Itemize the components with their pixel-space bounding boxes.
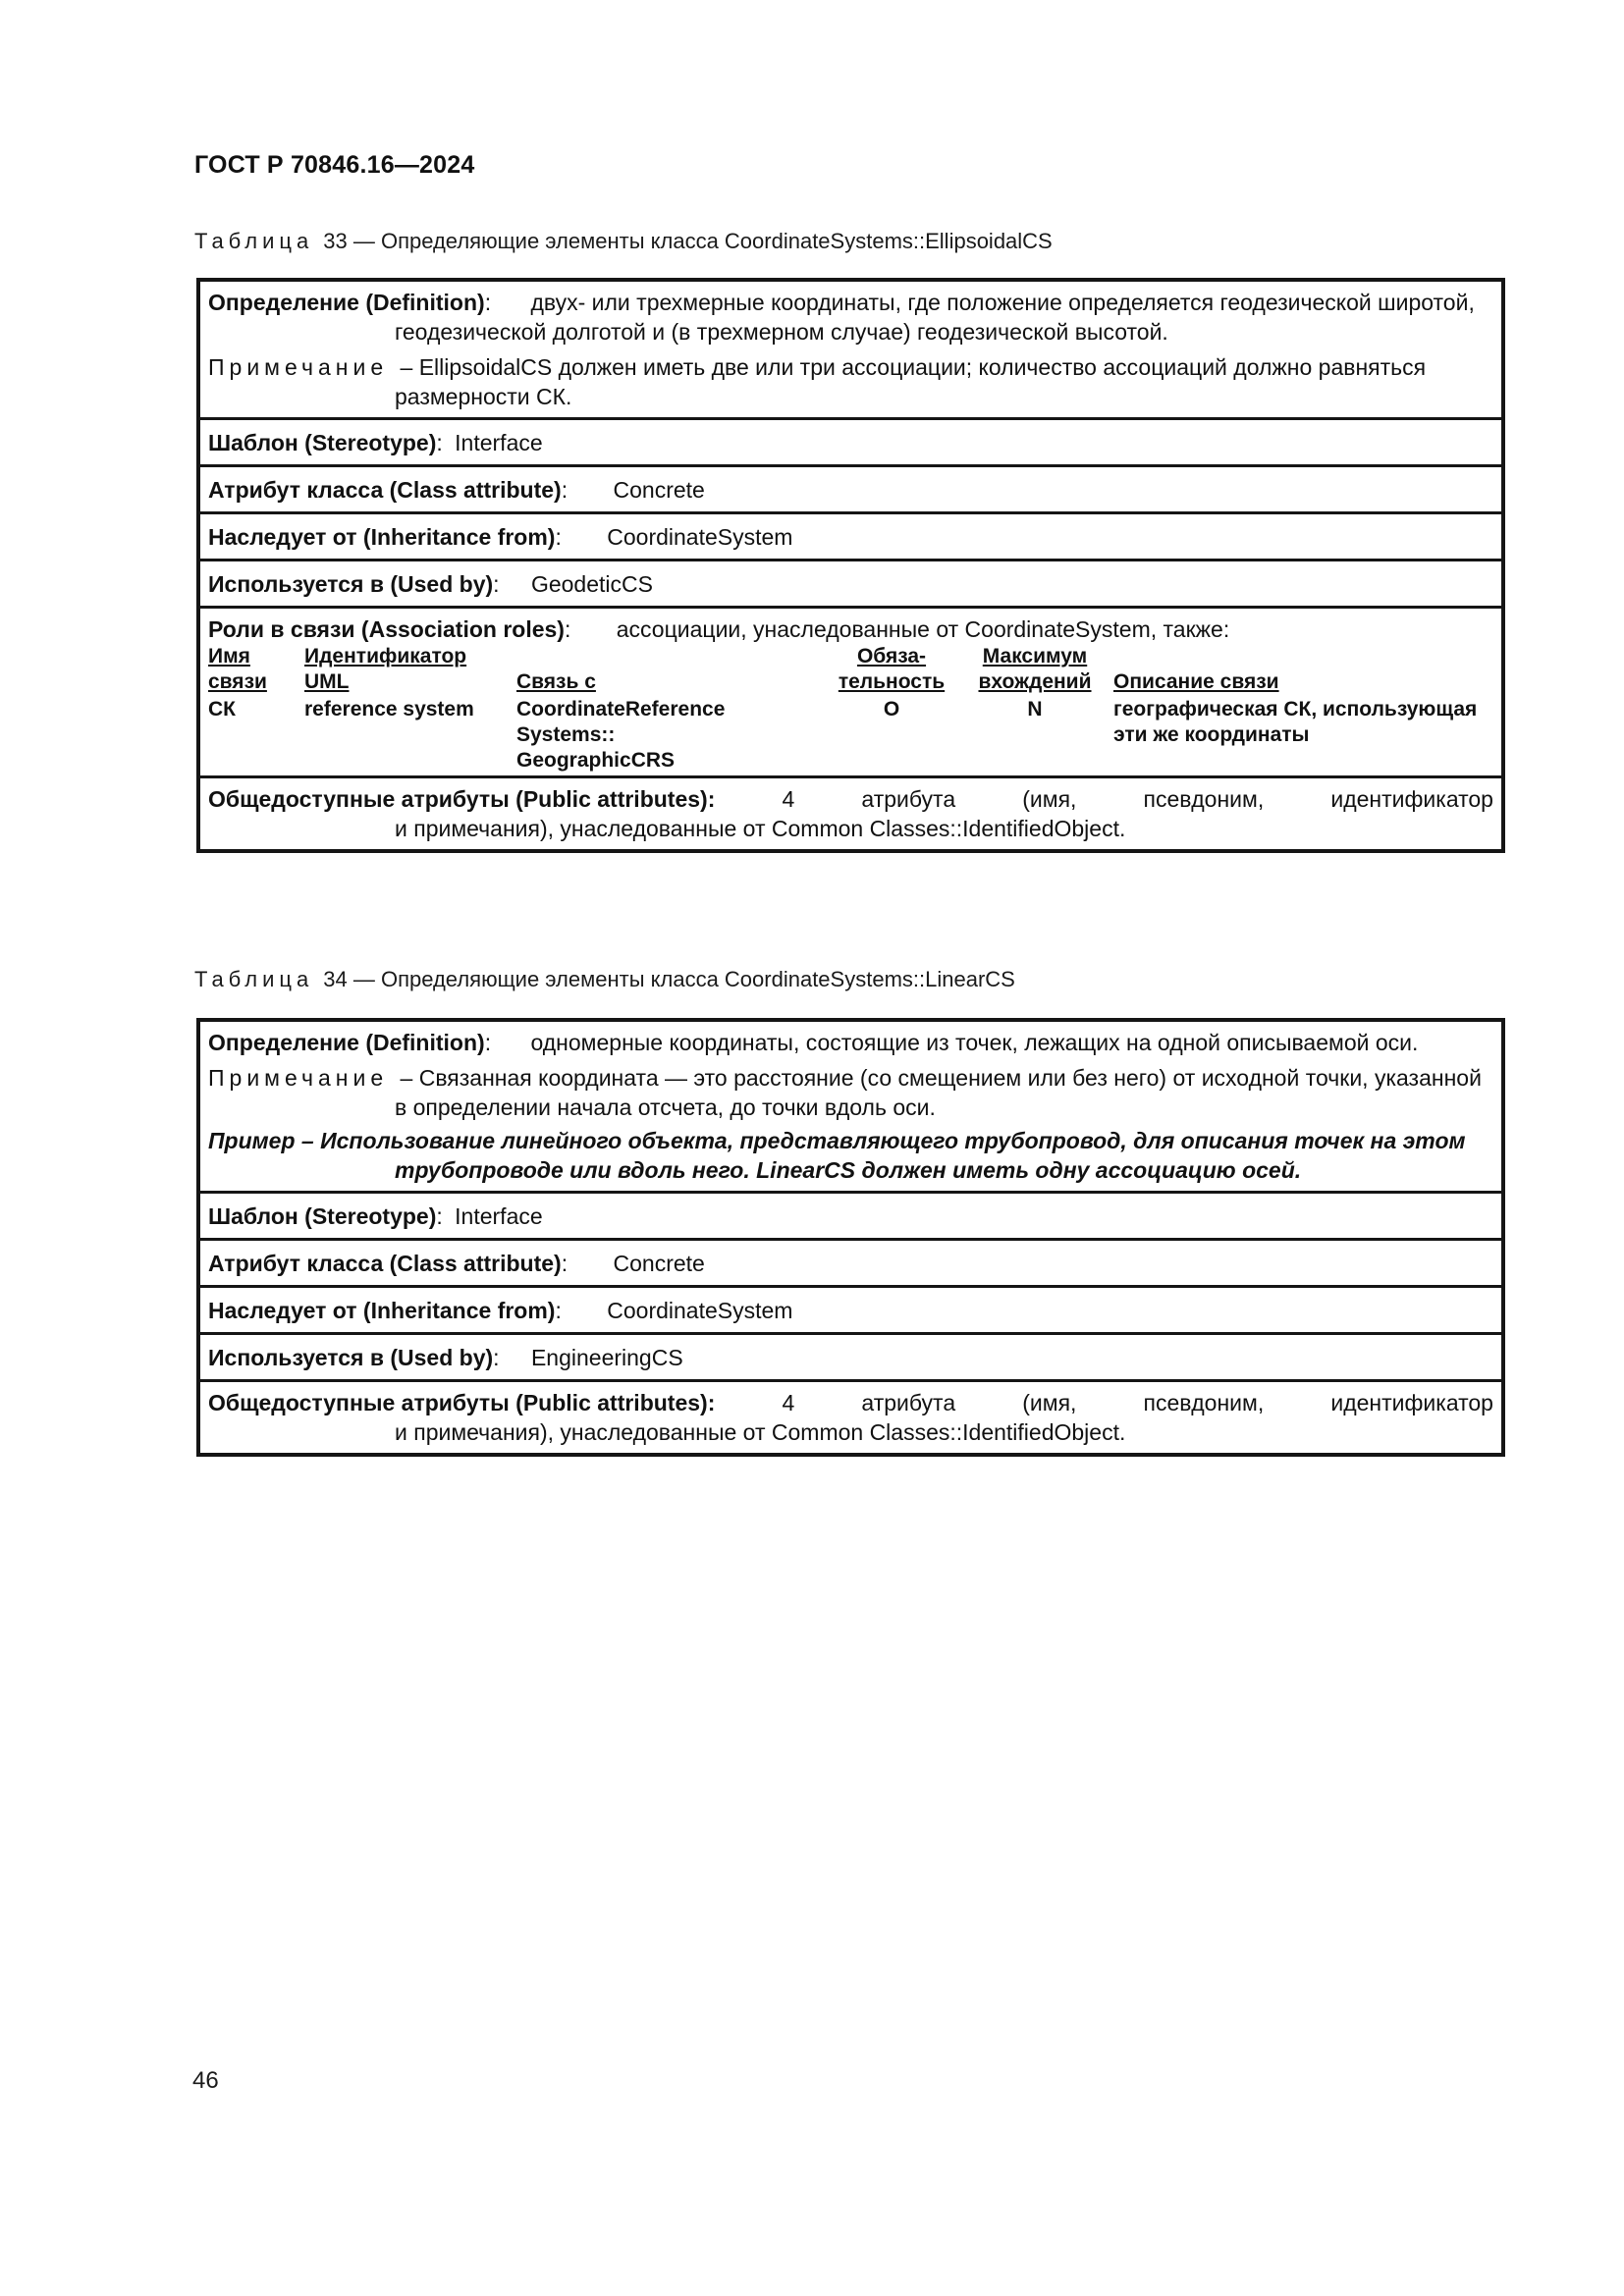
colon: : (493, 571, 499, 597)
cell-max-occurs: N (962, 695, 1113, 774)
inheritance-row: Наследует от (Inheritance from): Coordin… (200, 511, 1501, 559)
note-block: Примечание – EllipsoidalCS должен иметь … (208, 352, 1493, 411)
col-line1: Обяза- (857, 645, 926, 667)
table-33-ellipsoidalcs: Определение (Definition): двух- или трех… (196, 278, 1505, 853)
colon: : (555, 1298, 561, 1323)
cell-description: географическая СК, использующая эти же к… (1113, 695, 1493, 774)
definition-label: Определение (Definition) (208, 290, 485, 315)
association-roles-label: Роли в связи (Association roles) (208, 616, 565, 642)
colon: : (436, 430, 442, 455)
used-by-row: Используется в (Used by): EngineeringCS (200, 1332, 1501, 1379)
col-line2: Связь с (516, 670, 596, 693)
class-attribute-label: Атрибут класса (Class attribute) (208, 1251, 562, 1276)
association-roles-header: Роли в связи (Association roles): ассоци… (208, 614, 1493, 644)
used-by-label: Используется в (Used by) (208, 571, 493, 597)
public-attributes-line1: Общедоступные атрибуты (Public attribute… (208, 1388, 1493, 1417)
public-attributes-label: Общедоступные атрибуты (Public attribute… (208, 1390, 708, 1415)
colon: : (562, 1251, 568, 1276)
link-line: GeographicCRS (516, 749, 675, 772)
word: псевдоним, (1144, 1388, 1265, 1417)
stereotype-label: Шаблон (Stereotype) (208, 430, 436, 455)
col-line1: Имя (208, 645, 250, 667)
note-block: Примечание – Связанная координата — это … (208, 1063, 1493, 1122)
note-value: Связанная координата — это расстояние (с… (395, 1065, 1482, 1120)
inheritance-label: Наследует от (Inheritance from) (208, 1298, 555, 1323)
caption-text: 34 — Определяющие элементы класса Coordi… (323, 967, 1015, 991)
public-attributes-heading: Общедоступные атрибуты (Public attribute… (208, 1388, 715, 1417)
note-label: Примечание (208, 1065, 388, 1091)
public-attributes-line1: Общедоступные атрибуты (Public attribute… (208, 784, 1493, 814)
word: атрибута (861, 784, 955, 814)
cell-obligation: O (827, 695, 962, 774)
public-attributes-line2: и примечания), унаследованные от Common … (208, 814, 1493, 843)
inheritance-value: CoordinateSystem (607, 1298, 792, 1323)
col-line1: Максимум (983, 645, 1087, 667)
definition-value: одномерные координаты, состоящие из точе… (530, 1030, 1418, 1055)
colon: : (436, 1203, 442, 1229)
word: (имя, (1022, 784, 1076, 814)
association-row: СК reference system CoordinateReferenceS… (208, 695, 1493, 774)
cell-uml-id: reference system (304, 695, 516, 774)
association-roles-value: ассоциации, унаследованные от Coordinate… (617, 616, 1229, 642)
caption-prefix: Таблица (194, 967, 313, 991)
public-attributes-line2: и примечания), унаследованные от Common … (208, 1417, 1493, 1447)
table-33-caption: Таблица33 — Определяющие элементы класса… (194, 229, 1053, 254)
used-by-row: Используется в (Used by): GeodeticCS (200, 559, 1501, 606)
association-roles-row: Роли в связи (Association roles): ассоци… (200, 606, 1501, 775)
word: 4 (783, 784, 795, 814)
definition-value: двух- или трехмерные координаты, где пол… (395, 290, 1475, 345)
class-attribute-row: Атрибут класса (Class attribute): Concre… (200, 464, 1501, 511)
col-line2: связи (208, 670, 267, 693)
note-value: EllipsoidalCS должен иметь две или три а… (395, 354, 1426, 409)
colon: : (485, 1030, 491, 1055)
used-by-label: Используется в (Used by) (208, 1345, 493, 1370)
colon: : (493, 1345, 499, 1370)
used-by-value: GeodeticCS (531, 571, 653, 597)
colon: : (708, 786, 716, 812)
note-dash: – (401, 1065, 413, 1091)
col-uml-id: ИдентификаторUML (304, 644, 516, 695)
word: идентификатор (1330, 784, 1493, 814)
class-attribute-row: Атрибут класса (Class attribute): Concre… (200, 1238, 1501, 1285)
document-standard-id: ГОСТ Р 70846.16—2024 (194, 151, 474, 180)
note-dash: – (401, 354, 413, 380)
association-roles-table: Имясвязи ИдентификаторUML Связь с Обяза-… (208, 644, 1493, 774)
colon: : (485, 290, 491, 315)
example-block: Пример – Использование линейного объекта… (208, 1126, 1493, 1185)
public-attributes-row: Общедоступные атрибуты (Public attribute… (200, 1379, 1501, 1453)
col-obligation: Обяза-тельность (827, 644, 962, 695)
word: атрибута (861, 1388, 955, 1417)
caption-prefix: Таблица (194, 229, 313, 253)
public-attributes-label: Общедоступные атрибуты (Public attribute… (208, 786, 708, 812)
note-label: Примечание (208, 354, 388, 380)
definition-block: Определение (Definition): одномерные коо… (208, 1028, 1493, 1057)
caption-text: 33 — Определяющие элементы класса Coordi… (323, 229, 1052, 253)
inheritance-label: Наследует от (Inheritance from) (208, 524, 555, 550)
link-line: CoordinateReference (516, 698, 725, 721)
cell-role-name: СК (208, 695, 304, 774)
table-34-linearcs: Определение (Definition): одномерные коо… (196, 1018, 1505, 1457)
col-description: Описание связи (1113, 644, 1493, 695)
col-line2: UML (304, 670, 350, 693)
stereotype-row: Шаблон (Stereotype): Interface (200, 417, 1501, 464)
page-number: 46 (192, 2067, 219, 2095)
col-max-occurs: Максимумвхождений (962, 644, 1113, 695)
definition-row: Определение (Definition): двух- или трех… (200, 282, 1501, 417)
col-link-to: Связь с (516, 644, 827, 695)
col-line1: Идентификатор (304, 645, 466, 667)
association-header-row: Имясвязи ИдентификаторUML Связь с Обяза-… (208, 644, 1493, 695)
stereotype-label: Шаблон (Stereotype) (208, 1203, 436, 1229)
class-attribute-label: Атрибут класса (Class attribute) (208, 477, 562, 503)
colon: : (708, 1390, 716, 1415)
word: 4 (783, 1388, 795, 1417)
cell-link-to: CoordinateReferenceSystems::GeographicCR… (516, 695, 827, 774)
definition-label: Определение (Definition) (208, 1030, 485, 1055)
word: идентификатор (1330, 1388, 1493, 1417)
table-34-caption: Таблица34 — Определяющие элементы класса… (194, 967, 1015, 992)
colon: : (555, 524, 561, 550)
stereotype-value: Interface (455, 1203, 543, 1229)
inheritance-value: CoordinateSystem (607, 524, 792, 550)
used-by-value: EngineeringCS (531, 1345, 683, 1370)
col-line2: вхождений (978, 670, 1091, 693)
word: псевдоним, (1144, 784, 1265, 814)
colon: : (565, 616, 570, 642)
col-line2: тельность (839, 670, 945, 693)
link-line: Systems:: (516, 723, 615, 746)
public-attributes-row: Общедоступные атрибуты (Public attribute… (200, 775, 1501, 849)
inheritance-row: Наследует от (Inheritance from): Coordin… (200, 1285, 1501, 1332)
public-attributes-heading: Общедоступные атрибуты (Public attribute… (208, 784, 715, 814)
col-role-name: Имясвязи (208, 644, 304, 695)
stereotype-value: Interface (455, 430, 543, 455)
definition-block: Определение (Definition): двух- или трех… (208, 288, 1493, 347)
col-line2: Описание связи (1113, 670, 1279, 693)
colon: : (562, 477, 568, 503)
stereotype-row: Шаблон (Stereotype): Interface (200, 1191, 1501, 1238)
class-attribute-value: Concrete (614, 477, 705, 503)
definition-row: Определение (Definition): одномерные коо… (200, 1022, 1501, 1191)
word: (имя, (1022, 1388, 1076, 1417)
class-attribute-value: Concrete (614, 1251, 705, 1276)
